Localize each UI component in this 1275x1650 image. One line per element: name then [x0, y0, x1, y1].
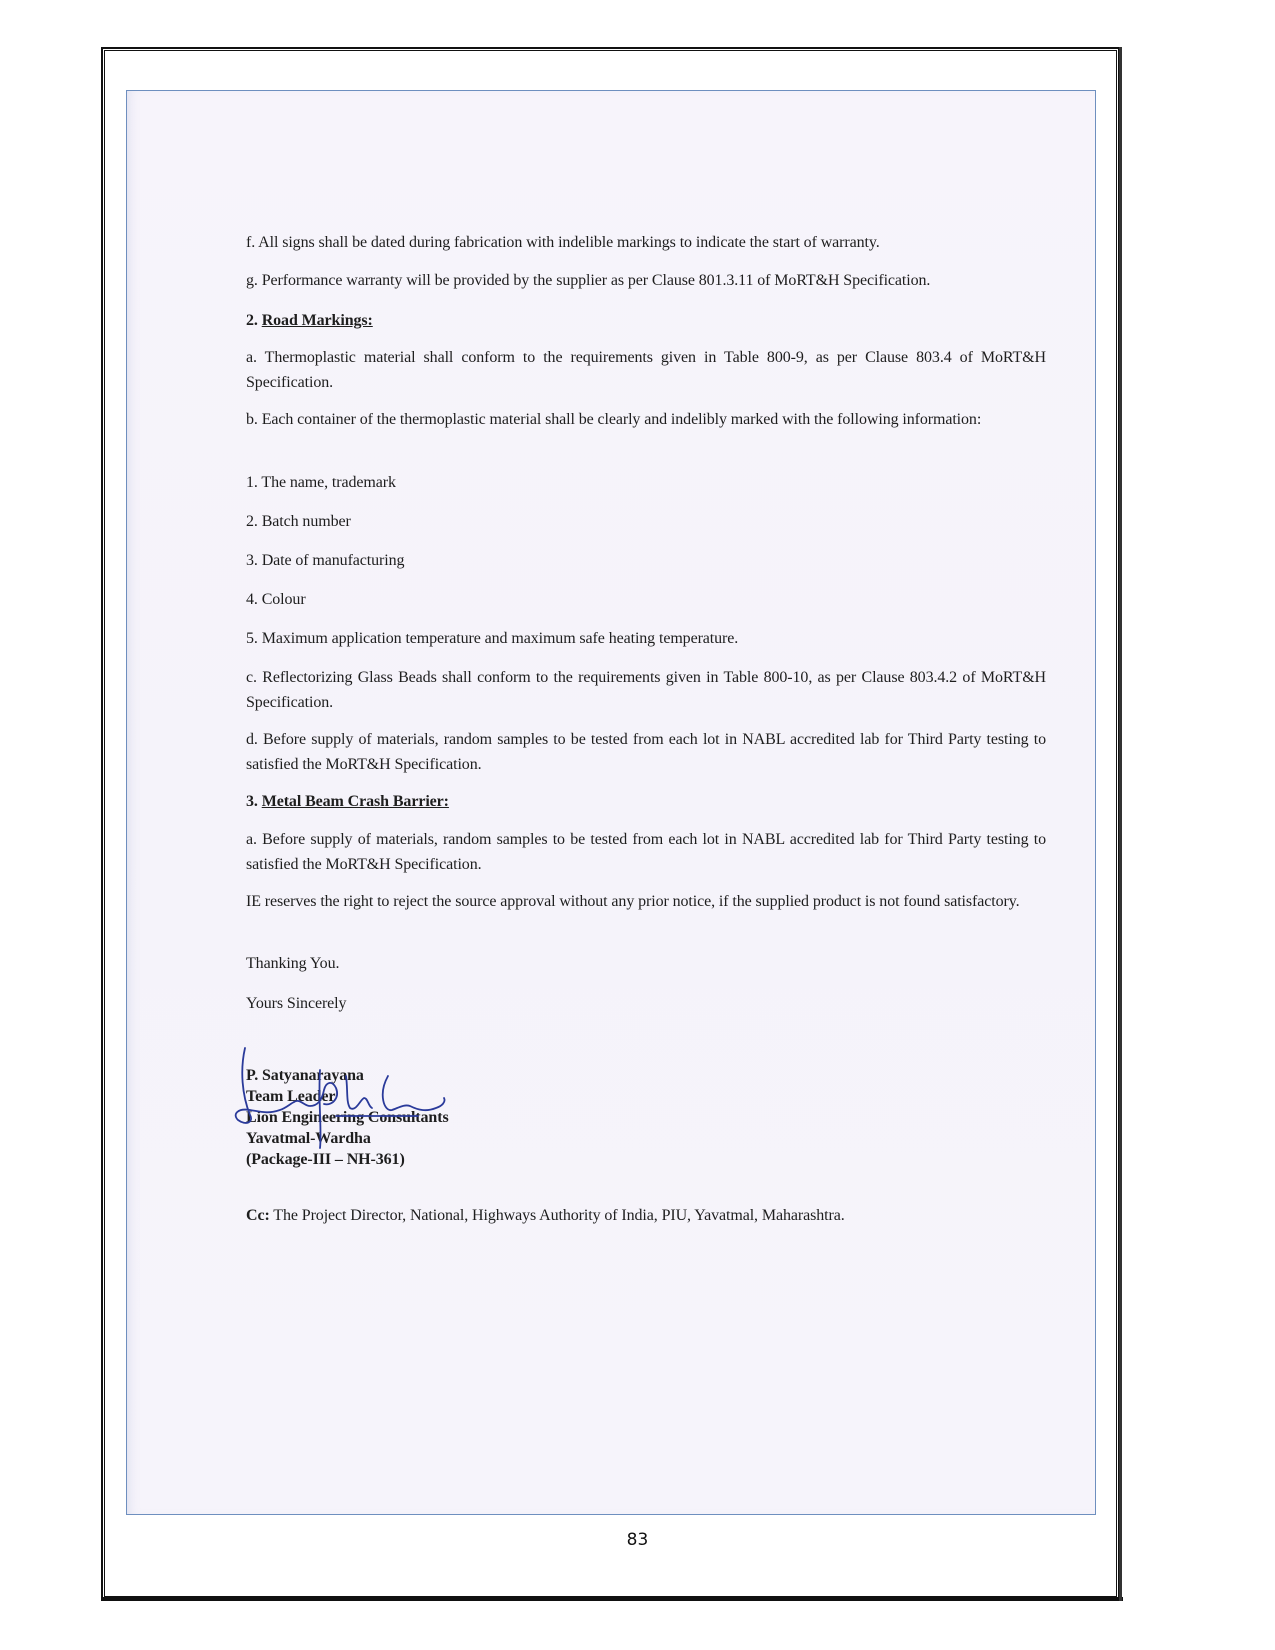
list-item: 4. Colour: [246, 587, 1046, 612]
paragraph-2a: a. Thermoplastic material shall conform …: [246, 345, 1046, 395]
page-number: 83: [0, 1530, 1275, 1550]
cc-label: Cc:: [246, 1207, 270, 1224]
cc-text: The Project Director, National, Highways…: [270, 1207, 845, 1224]
page-border-shadow-right: [1119, 47, 1122, 1601]
closing-line: Yours Sincerely: [246, 991, 1046, 1016]
paragraph-f: f. All signs shall be dated during fabri…: [246, 230, 1046, 255]
paragraph-2d: d. Before supply of materials, random sa…: [246, 727, 1046, 777]
section-title: Metal Beam Crash Barrier:: [262, 793, 449, 810]
paragraph-g: g. Performance warranty will be provided…: [246, 268, 1046, 293]
list-item: 3. Date of manufacturing: [246, 548, 1046, 573]
signatory-package: (Package-III – NH-361): [246, 1149, 449, 1170]
paragraph-2c: c. Reflectorizing Glass Beads shall conf…: [246, 665, 1046, 715]
thanks-line: Thanking You.: [246, 951, 1046, 976]
section-title: Road Markings:: [262, 312, 373, 329]
handwritten-signature: [228, 1040, 488, 1150]
paragraph-2b: b. Each container of the thermoplastic m…: [246, 407, 1046, 432]
paragraph-3a: a. Before supply of materials, random sa…: [246, 827, 1046, 877]
section-heading-crash-barrier: 3. Metal Beam Crash Barrier:: [246, 789, 1046, 814]
list-item: 1. The name, trademark: [246, 470, 1046, 495]
list-item: 2. Batch number: [246, 509, 1046, 534]
cc-line: Cc: The Project Director, National, High…: [246, 1203, 1046, 1228]
list-item: 5. Maximum application temperature and m…: [246, 626, 1046, 651]
section-heading-road-markings: 2. Road Markings:: [246, 308, 1046, 333]
paragraph-reservation: IE reserves the right to reject the sour…: [246, 889, 1046, 914]
section-number: 3.: [246, 793, 262, 810]
page-border-shadow-bottom: [101, 1597, 1123, 1601]
section-number: 2.: [246, 312, 262, 329]
